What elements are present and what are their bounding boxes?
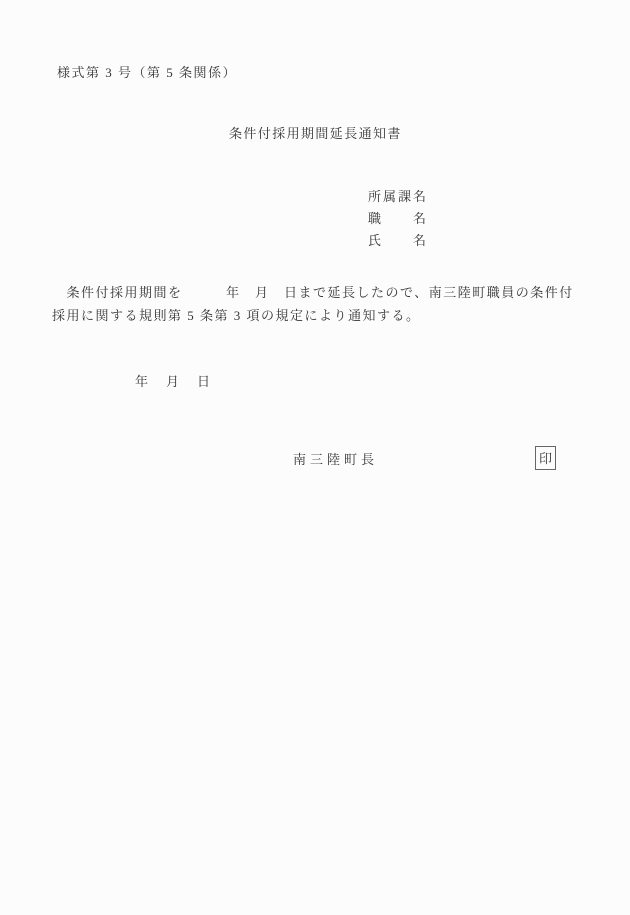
- body-line-1: 条件付採用期間を 年 月 日まで延長したので、南三陸町職員の条件付: [52, 285, 574, 300]
- document-page: 様式第 3 号（第 5 条関係） 条件付採用期間延長通知書 所属課名 職 名 氏…: [0, 0, 630, 915]
- form-number: 様式第 3 号（第 5 条関係）: [57, 65, 237, 80]
- body-line-2: 採用に関する規則第 5 条第 3 項の規定により通知する。: [52, 308, 421, 323]
- signer-title: 南三陸町長: [293, 452, 378, 467]
- recipient-department-label: 所属課名: [368, 186, 428, 208]
- date-line: 年 月 日: [135, 374, 213, 389]
- recipient-block: 所属課名 職 名 氏 名: [368, 186, 428, 252]
- seal-box: 印: [535, 446, 556, 470]
- document-title: 条件付採用期間延長通知書: [229, 126, 402, 141]
- recipient-name-label: 氏 名: [368, 230, 428, 252]
- seal-mark: 印: [539, 452, 552, 465]
- recipient-position-label: 職 名: [368, 208, 428, 230]
